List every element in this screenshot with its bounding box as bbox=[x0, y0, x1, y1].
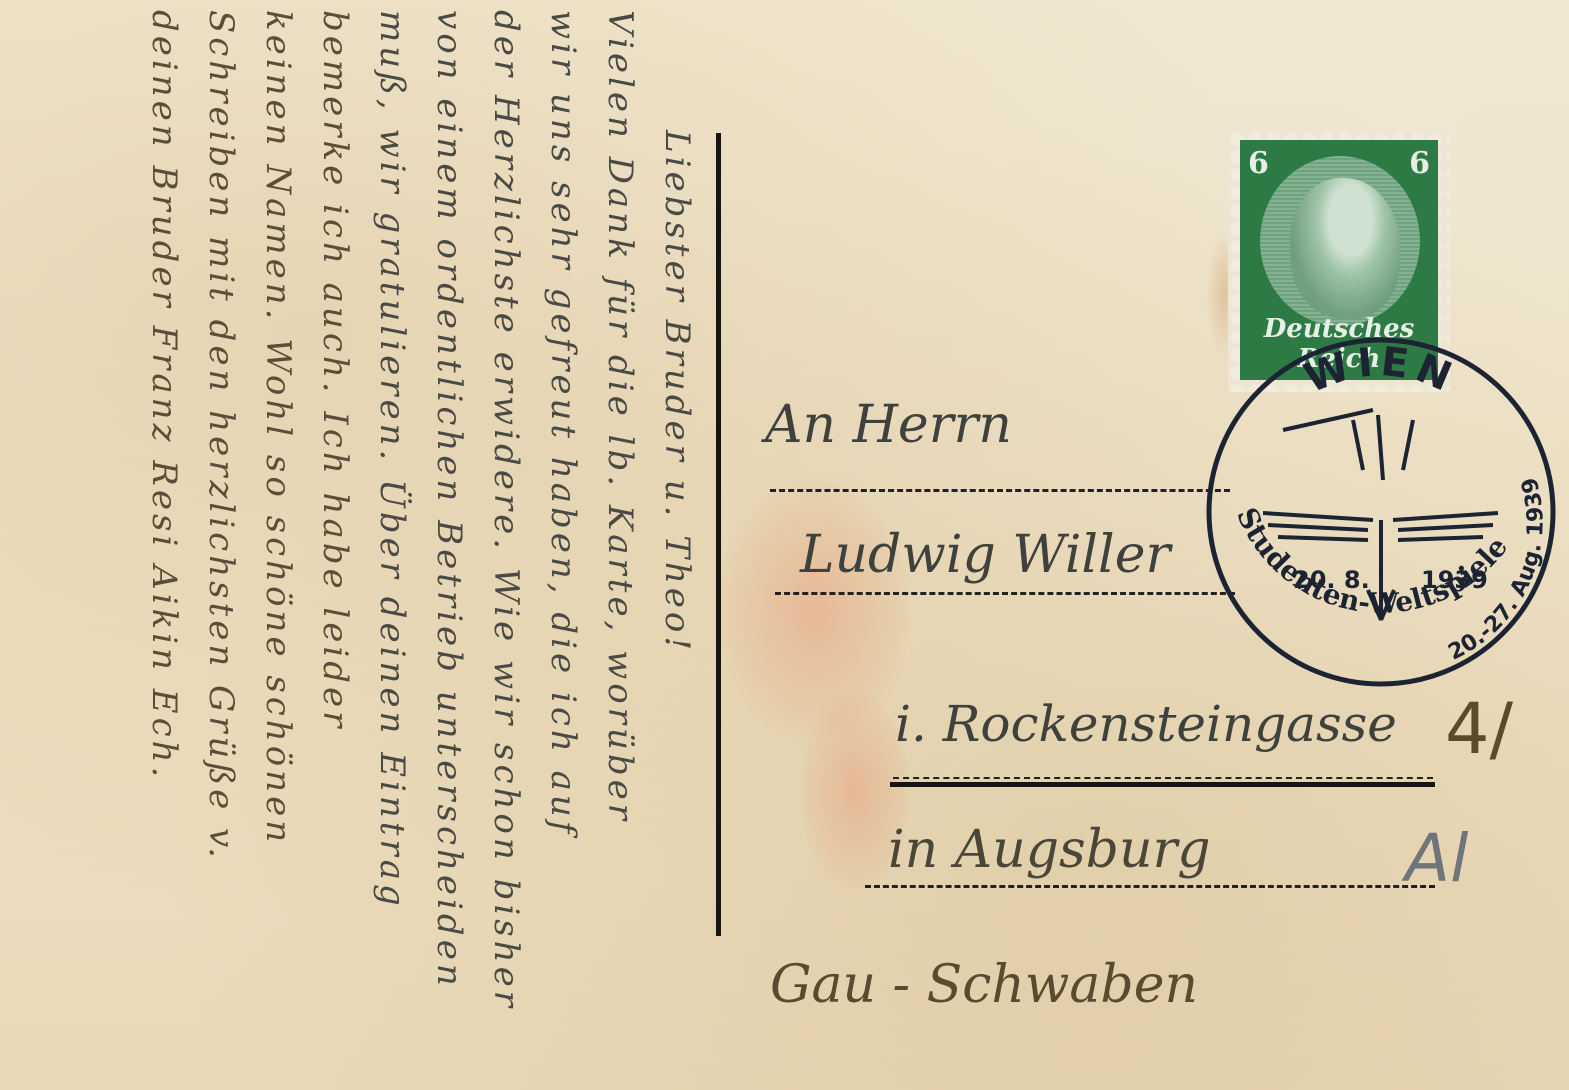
message-line: muß, wir gratulieren. Über deinen Eintra… bbox=[363, 10, 420, 1090]
stamp-medallion bbox=[1260, 156, 1420, 326]
address-rule bbox=[775, 592, 1235, 595]
margin-note: 4/ bbox=[1445, 688, 1513, 770]
message-line: von einem ordentlichen Betrieb untersche… bbox=[420, 10, 477, 1090]
address-rule bbox=[770, 489, 1230, 492]
address-rule-solid bbox=[890, 782, 1435, 787]
message-line: Liebster Bruder u. Theo! bbox=[648, 10, 705, 1090]
address-rule bbox=[865, 885, 1435, 888]
stamp-value: 6 bbox=[1409, 146, 1430, 181]
address-salutation: An Herrn bbox=[765, 395, 1012, 455]
divider-line bbox=[716, 133, 721, 936]
postmark-date: 20. 8. bbox=[1293, 566, 1370, 594]
stamp-value: 6 bbox=[1248, 146, 1269, 181]
postmark-icon: WIEN Studenten-Weltspiele 20.-27. Aug. 1… bbox=[1203, 330, 1558, 690]
postmark: WIEN Studenten-Weltspiele 20.-27. Aug. 1… bbox=[1203, 330, 1558, 690]
message-line: der Herzlichste erwidere. Wie wir schon … bbox=[477, 10, 534, 1090]
message-line: wir uns sehr gefreut haben, die ich auf bbox=[534, 10, 591, 1090]
address-region: Gau - Schwaben bbox=[770, 955, 1198, 1015]
address-name: Ludwig Willer bbox=[800, 525, 1170, 585]
margin-note: Al bbox=[1405, 820, 1469, 897]
address-rule bbox=[893, 777, 1433, 779]
address-city: in Augsburg bbox=[888, 820, 1211, 880]
portrait-icon bbox=[1290, 178, 1400, 318]
red-stain bbox=[720, 480, 910, 740]
message-line: bemerke ich auch. Ich habe leider bbox=[306, 10, 363, 1090]
message-line: Vielen Dank für die lb. Karte, worüber bbox=[591, 10, 648, 1090]
message-line: deinen Bruder Franz Resi Aikin Ech. bbox=[135, 10, 192, 1090]
postmark-year: 1939 bbox=[1421, 566, 1488, 594]
message-line: Schreiben mit den herzlichsten Grüße v. bbox=[192, 10, 249, 1090]
postcard: Liebster Rudi! Liebster Bruder u. Theo! … bbox=[0, 0, 1569, 1090]
handwritten-message: Liebster Rudi! Liebster Bruder u. Theo! … bbox=[0, 0, 720, 1090]
message-line: keinen Namen. Wohl so schöne schönen bbox=[249, 10, 306, 1090]
address-street: i. Rockensteingasse bbox=[895, 695, 1397, 753]
